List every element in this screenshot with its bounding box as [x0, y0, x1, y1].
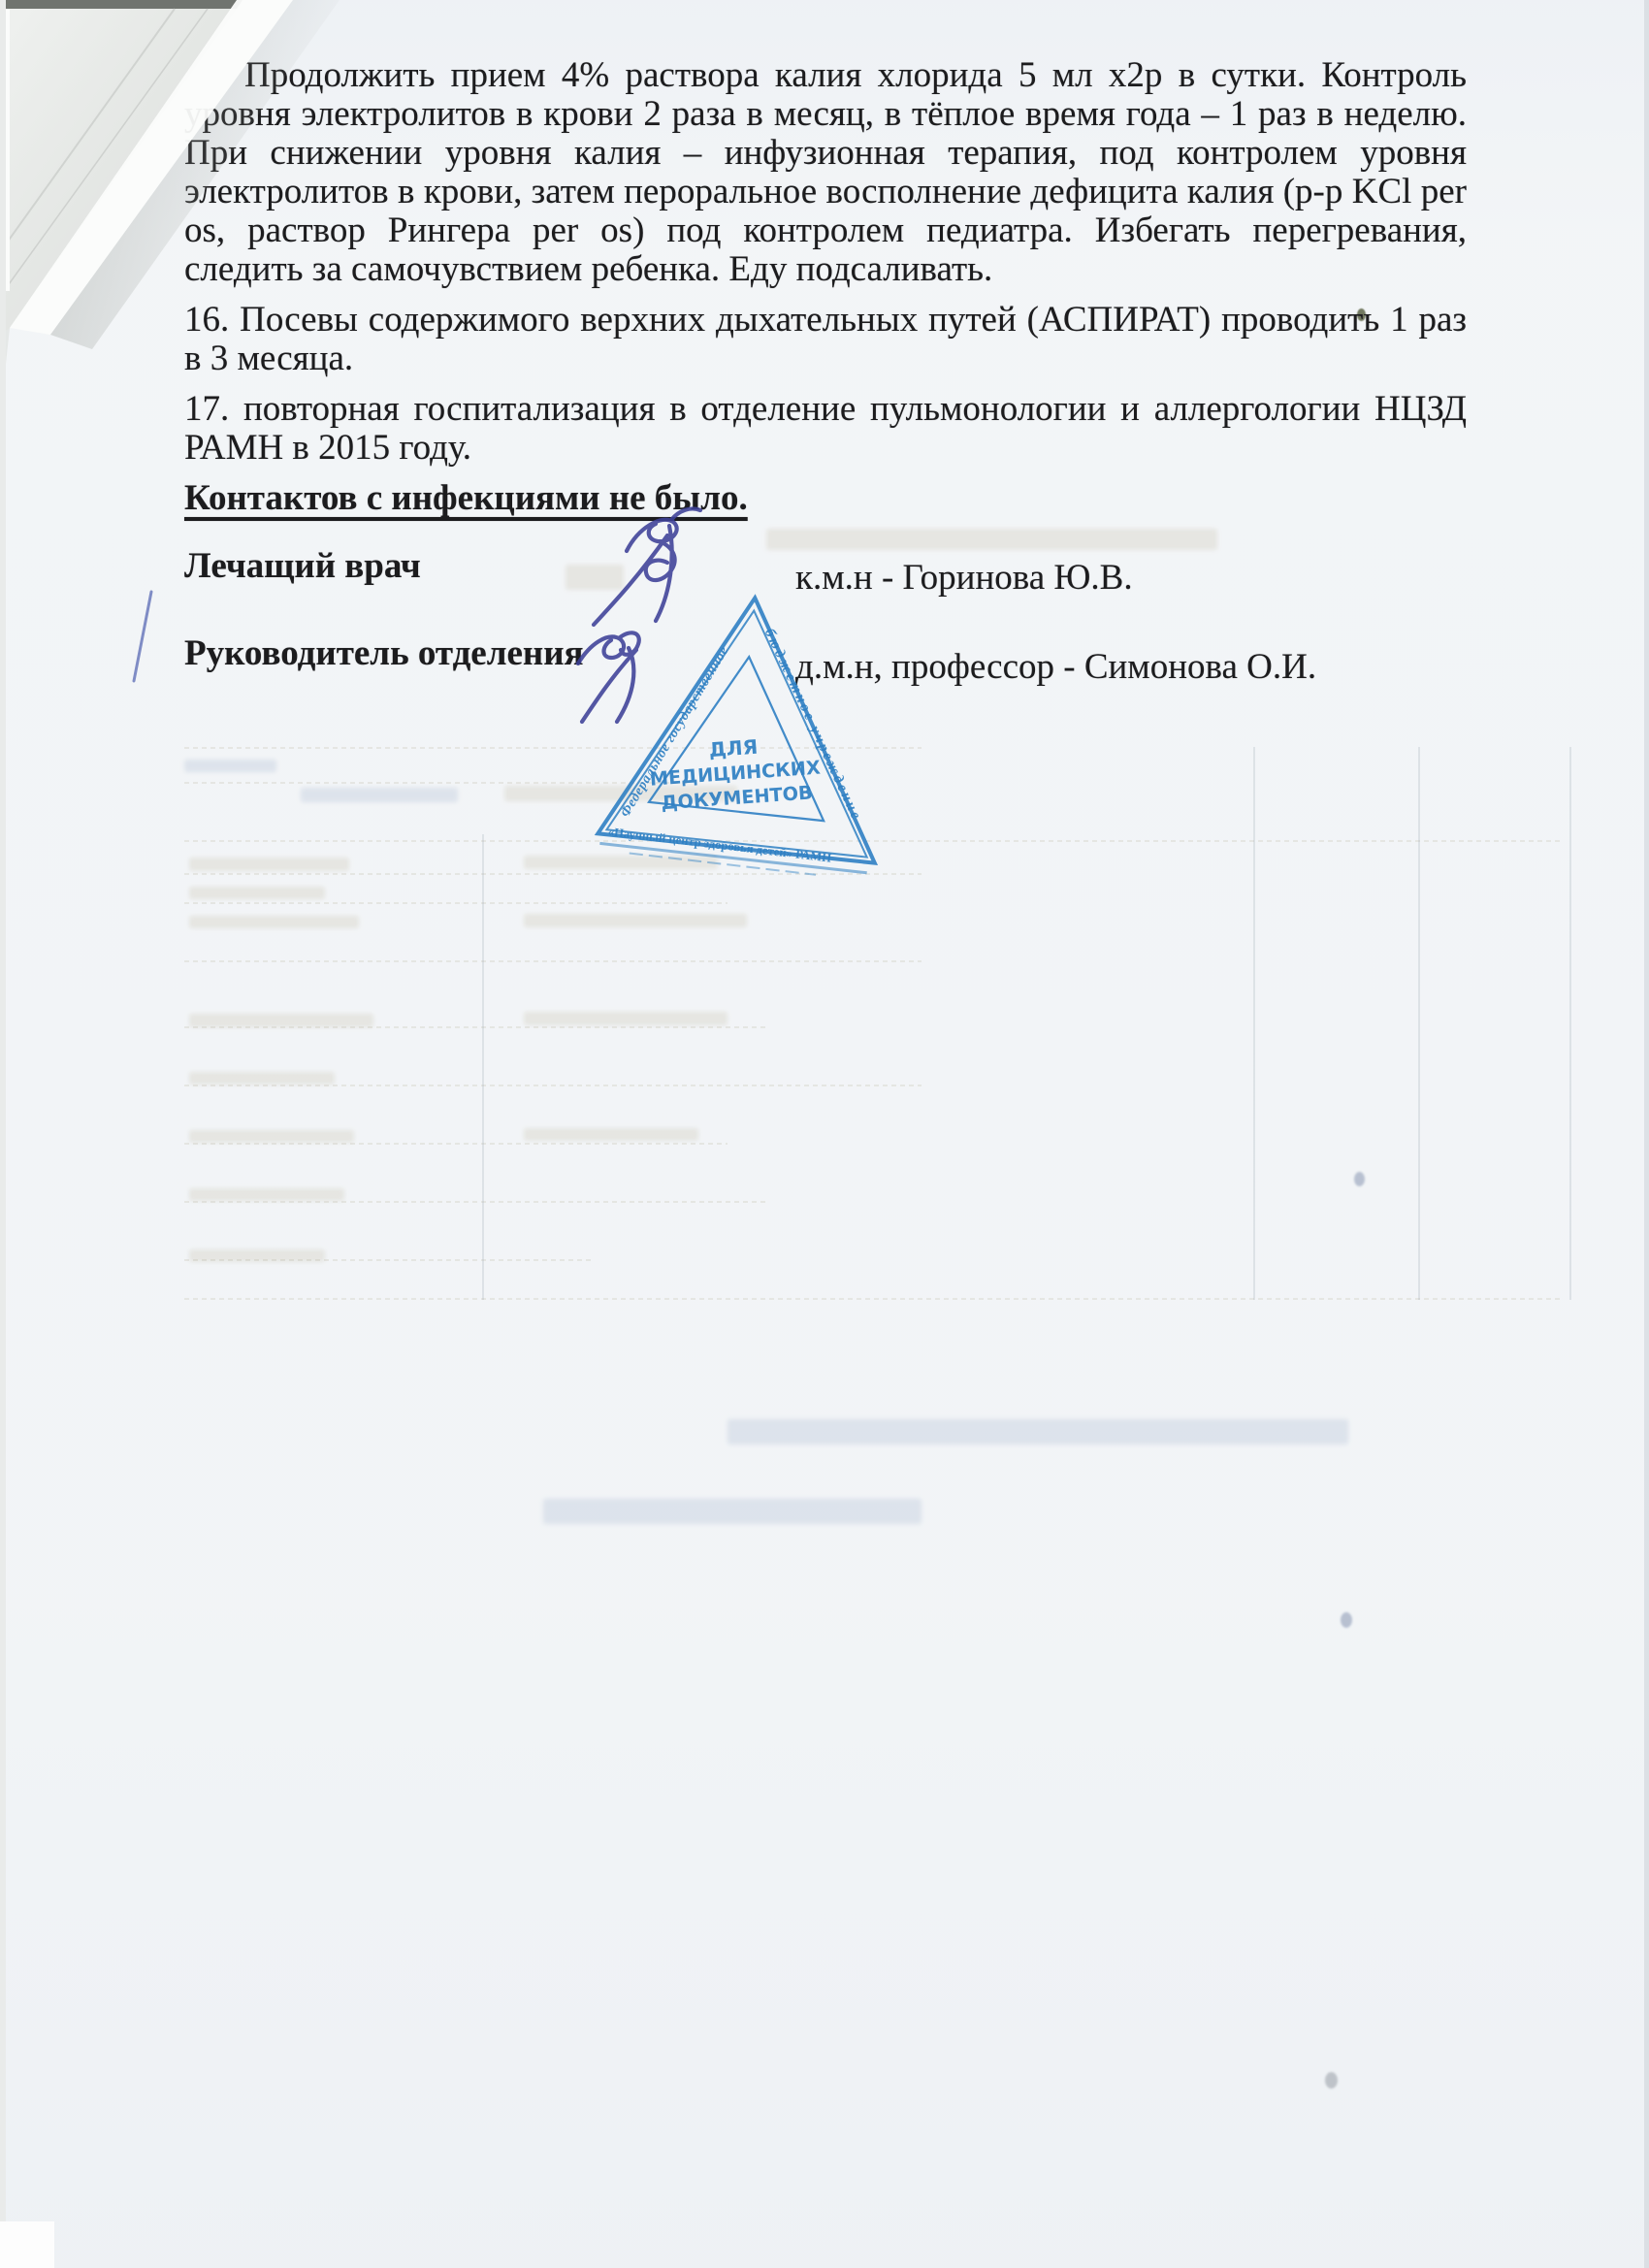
- stamp-center-line2: МЕДИЦИНСКИХ: [649, 756, 822, 790]
- ghost-hline: [184, 782, 689, 784]
- attending-doctor-label: Лечащий врач: [184, 545, 421, 587]
- ghost-hline: [184, 960, 921, 962]
- ghost-tan: [766, 529, 1217, 550]
- ghost-hline: [184, 1143, 727, 1145]
- ghost-hline: [184, 1298, 1562, 1300]
- speck-gray: [1325, 2072, 1338, 2089]
- stamp-outer-border: [598, 598, 874, 862]
- ghost-tan: [189, 1130, 354, 1143]
- ghost-tan: [524, 1128, 698, 1141]
- ghost-vline: [482, 834, 484, 1300]
- ghost-blue: [727, 1419, 1348, 1444]
- ghost-hline: [184, 1026, 766, 1028]
- ghost-vline: [1253, 747, 1255, 1300]
- ghost-tan: [504, 786, 737, 801]
- stamp-left-edge-text: Федеральное государственное: [617, 643, 731, 820]
- speck-blue: [1354, 1172, 1365, 1186]
- department-head-label: Руководитель отделения: [184, 632, 584, 674]
- scanned-medical-discharge-page: Продолжить прием 4% раствора калия хлори…: [0, 0, 1649, 2268]
- ghost-hline: [184, 1201, 766, 1203]
- left-page-edge: [0, 0, 6, 2268]
- stamp-center-line1: ДЛЯ: [708, 735, 759, 761]
- ghost-vline: [1418, 747, 1420, 1300]
- ghost-blue: [301, 788, 458, 802]
- department-head-name: д.м.н, профессор - Симонова О.И.: [795, 646, 1316, 688]
- stamp-bottom-edge-text: «Научный центр здоровья детей» РАМН: [607, 825, 832, 864]
- ghost-tan: [189, 1014, 373, 1027]
- speck-blue: [1341, 1612, 1352, 1628]
- ghost-tan: [189, 887, 325, 899]
- ghost-hline: [184, 1085, 921, 1086]
- ghost-hline: [184, 840, 1562, 842]
- ghost-vline: [1569, 747, 1571, 1300]
- item-16: 16. Посевы содержимого верхних дыхательн…: [184, 301, 1467, 378]
- ghost-tan: [189, 916, 359, 928]
- bottom-left-corner-notch: [0, 2221, 54, 2268]
- ghost-hline: [184, 747, 921, 749]
- ghost-hline: [184, 1259, 592, 1261]
- stamp-bottom-smear-dashes: [630, 854, 816, 875]
- ghost-hline: [184, 873, 921, 875]
- stamp-center-line3: ДОКУМЕНТОВ: [661, 781, 814, 814]
- document-body: Продолжить прием 4% раствора калия хлори…: [184, 56, 1467, 530]
- department-head-signature: [570, 621, 669, 731]
- ghost-tan: [189, 1072, 335, 1085]
- right-page-edge: [1644, 0, 1649, 2268]
- ghost-tan: [189, 1249, 325, 1262]
- no-contacts-heading: Контактов с инфекциями не было.: [184, 479, 1467, 518]
- ghost-tan: [189, 858, 349, 871]
- ghost-hline: [184, 902, 727, 904]
- ghost-tan: [189, 1188, 344, 1201]
- pen-slash-mark: [126, 588, 159, 685]
- ghost-tan: [524, 856, 718, 869]
- stamp-bottom-smear-line: [599, 843, 866, 872]
- treatment-paragraph: Продолжить прием 4% раствора калия хлори…: [184, 56, 1467, 289]
- item-17: 17. повторная госпитализация в отделение…: [184, 390, 1467, 468]
- ghost-tan: [524, 914, 747, 927]
- triangular-stamp: Федеральное государственное бюджетное уч…: [570, 582, 894, 877]
- ghost-blue: [543, 1499, 921, 1524]
- attending-doctor-name: к.м.н - Горинова Ю.В.: [795, 557, 1133, 599]
- ghost-tan: [566, 565, 624, 590]
- ghost-tan: [524, 1012, 727, 1025]
- ghost-blue: [184, 760, 276, 772]
